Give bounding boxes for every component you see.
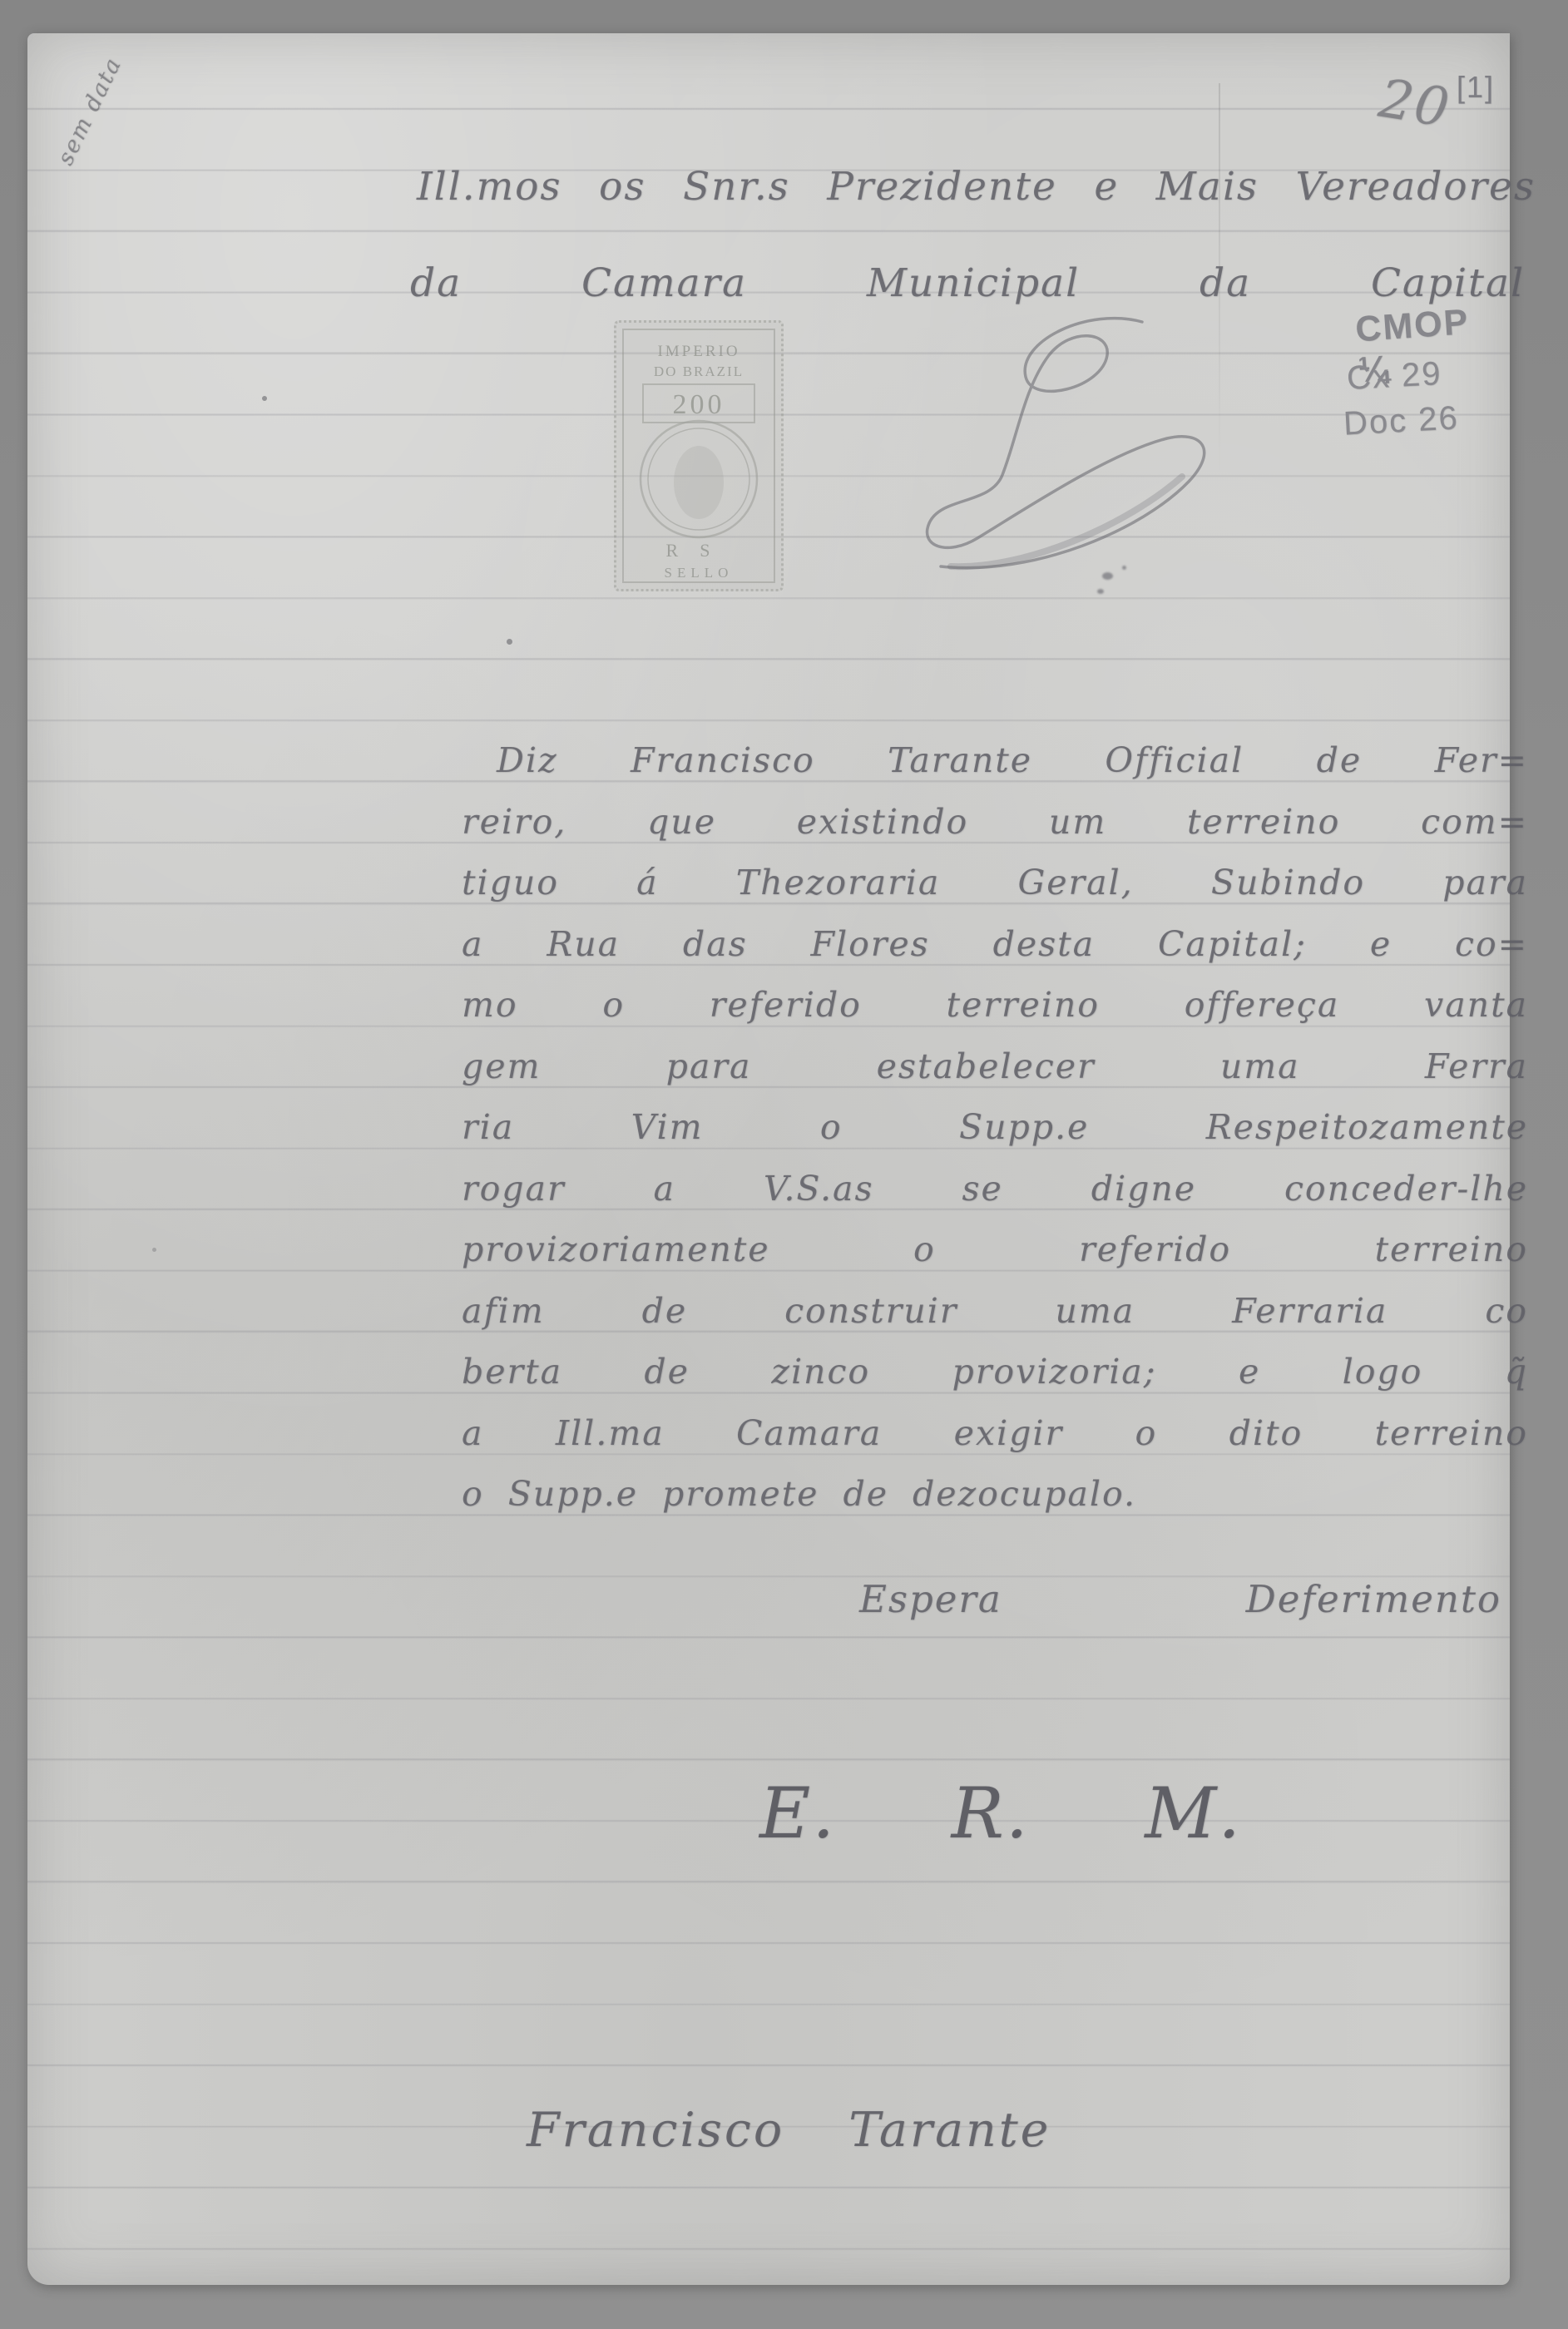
stamp-text-brazil: DO BRAZIL	[654, 363, 744, 379]
ink-speck	[152, 1248, 156, 1252]
petition-line: o Supp.e promete de dezocupalo.	[462, 1464, 1528, 1525]
petition-line: tiguo á Thezoraria Geral, Subindo para	[462, 853, 1528, 914]
header-line-1: Ill.mos os Snr.s Prezidente e Mais Verea…	[417, 141, 1536, 233]
petition-line: reiro, que existindo um terreino com=	[462, 792, 1528, 853]
petition-line: gem para estabelecer uma Ferra	[462, 1036, 1528, 1098]
folio-number: [1]	[1457, 70, 1495, 105]
petition-line: Diz Francisco Tarante Official de Fer=	[462, 730, 1528, 792]
erm-abbreviation: E. R. M.	[759, 1768, 1242, 1859]
paper-crease	[1219, 83, 1220, 474]
stamp-text-imperio: IMPERIO	[657, 343, 739, 360]
petition-line: a Rua das Flores desta Capital; e co=	[462, 914, 1528, 976]
archive-ref-doc: Doc 26	[1343, 399, 1460, 443]
espera-deferimento: Espera Deferimento	[859, 1570, 1501, 1629]
stamp-reis: RS	[666, 540, 732, 561]
petition-line: rogar a V.S.as se digne conceder-lhe	[462, 1159, 1528, 1220]
signature-francisco-tarante: Francisco Tarante	[527, 2103, 1051, 2158]
header-line-2: da Camara Municipal da Capital	[410, 238, 1525, 329]
ink-blot	[1097, 589, 1104, 594]
ink-blot	[1102, 572, 1113, 580]
paraph-flourish	[893, 312, 1242, 620]
ink-blot	[1122, 566, 1126, 570]
petition-line: provizoriamente o referido terreino	[462, 1219, 1528, 1281]
stamp-sello: SELLO	[665, 565, 734, 581]
petition-line: mo o referido terreino offereça vanta	[462, 975, 1528, 1036]
scan-background: sem data 20 [1] CMOP ¼ Cx 29 Doc 26 IMPE…	[0, 0, 1568, 2329]
revenue-stamp: IMPERIO DO BRAZIL 200 RS SELLO	[614, 320, 784, 591]
petition-body: Diz Francisco Tarante Official de Fer= r…	[462, 730, 1528, 1525]
stamp-value: 200	[673, 389, 725, 420]
petition-line: afim de construir uma Ferraria co	[462, 1281, 1528, 1343]
archive-ref-box: Cx 29	[1346, 355, 1443, 398]
ink-speck	[262, 396, 267, 401]
petition-line: a Ill.ma Camara exigir o dito terreino	[462, 1403, 1528, 1465]
stamp-effigy	[674, 446, 724, 519]
ink-speck	[507, 639, 512, 645]
revenue-stamp-art: IMPERIO DO BRAZIL 200 RS SELLO	[616, 323, 781, 589]
document-paper: sem data 20 [1] CMOP ¼ Cx 29 Doc 26 IMPE…	[27, 33, 1510, 2285]
petition-line: ria Vim o Supp.e Respeitozamente	[462, 1097, 1528, 1159]
petition-line: berta de zinco provizoria; e logo q̃	[462, 1342, 1528, 1403]
page-number: 20	[1375, 68, 1455, 140]
